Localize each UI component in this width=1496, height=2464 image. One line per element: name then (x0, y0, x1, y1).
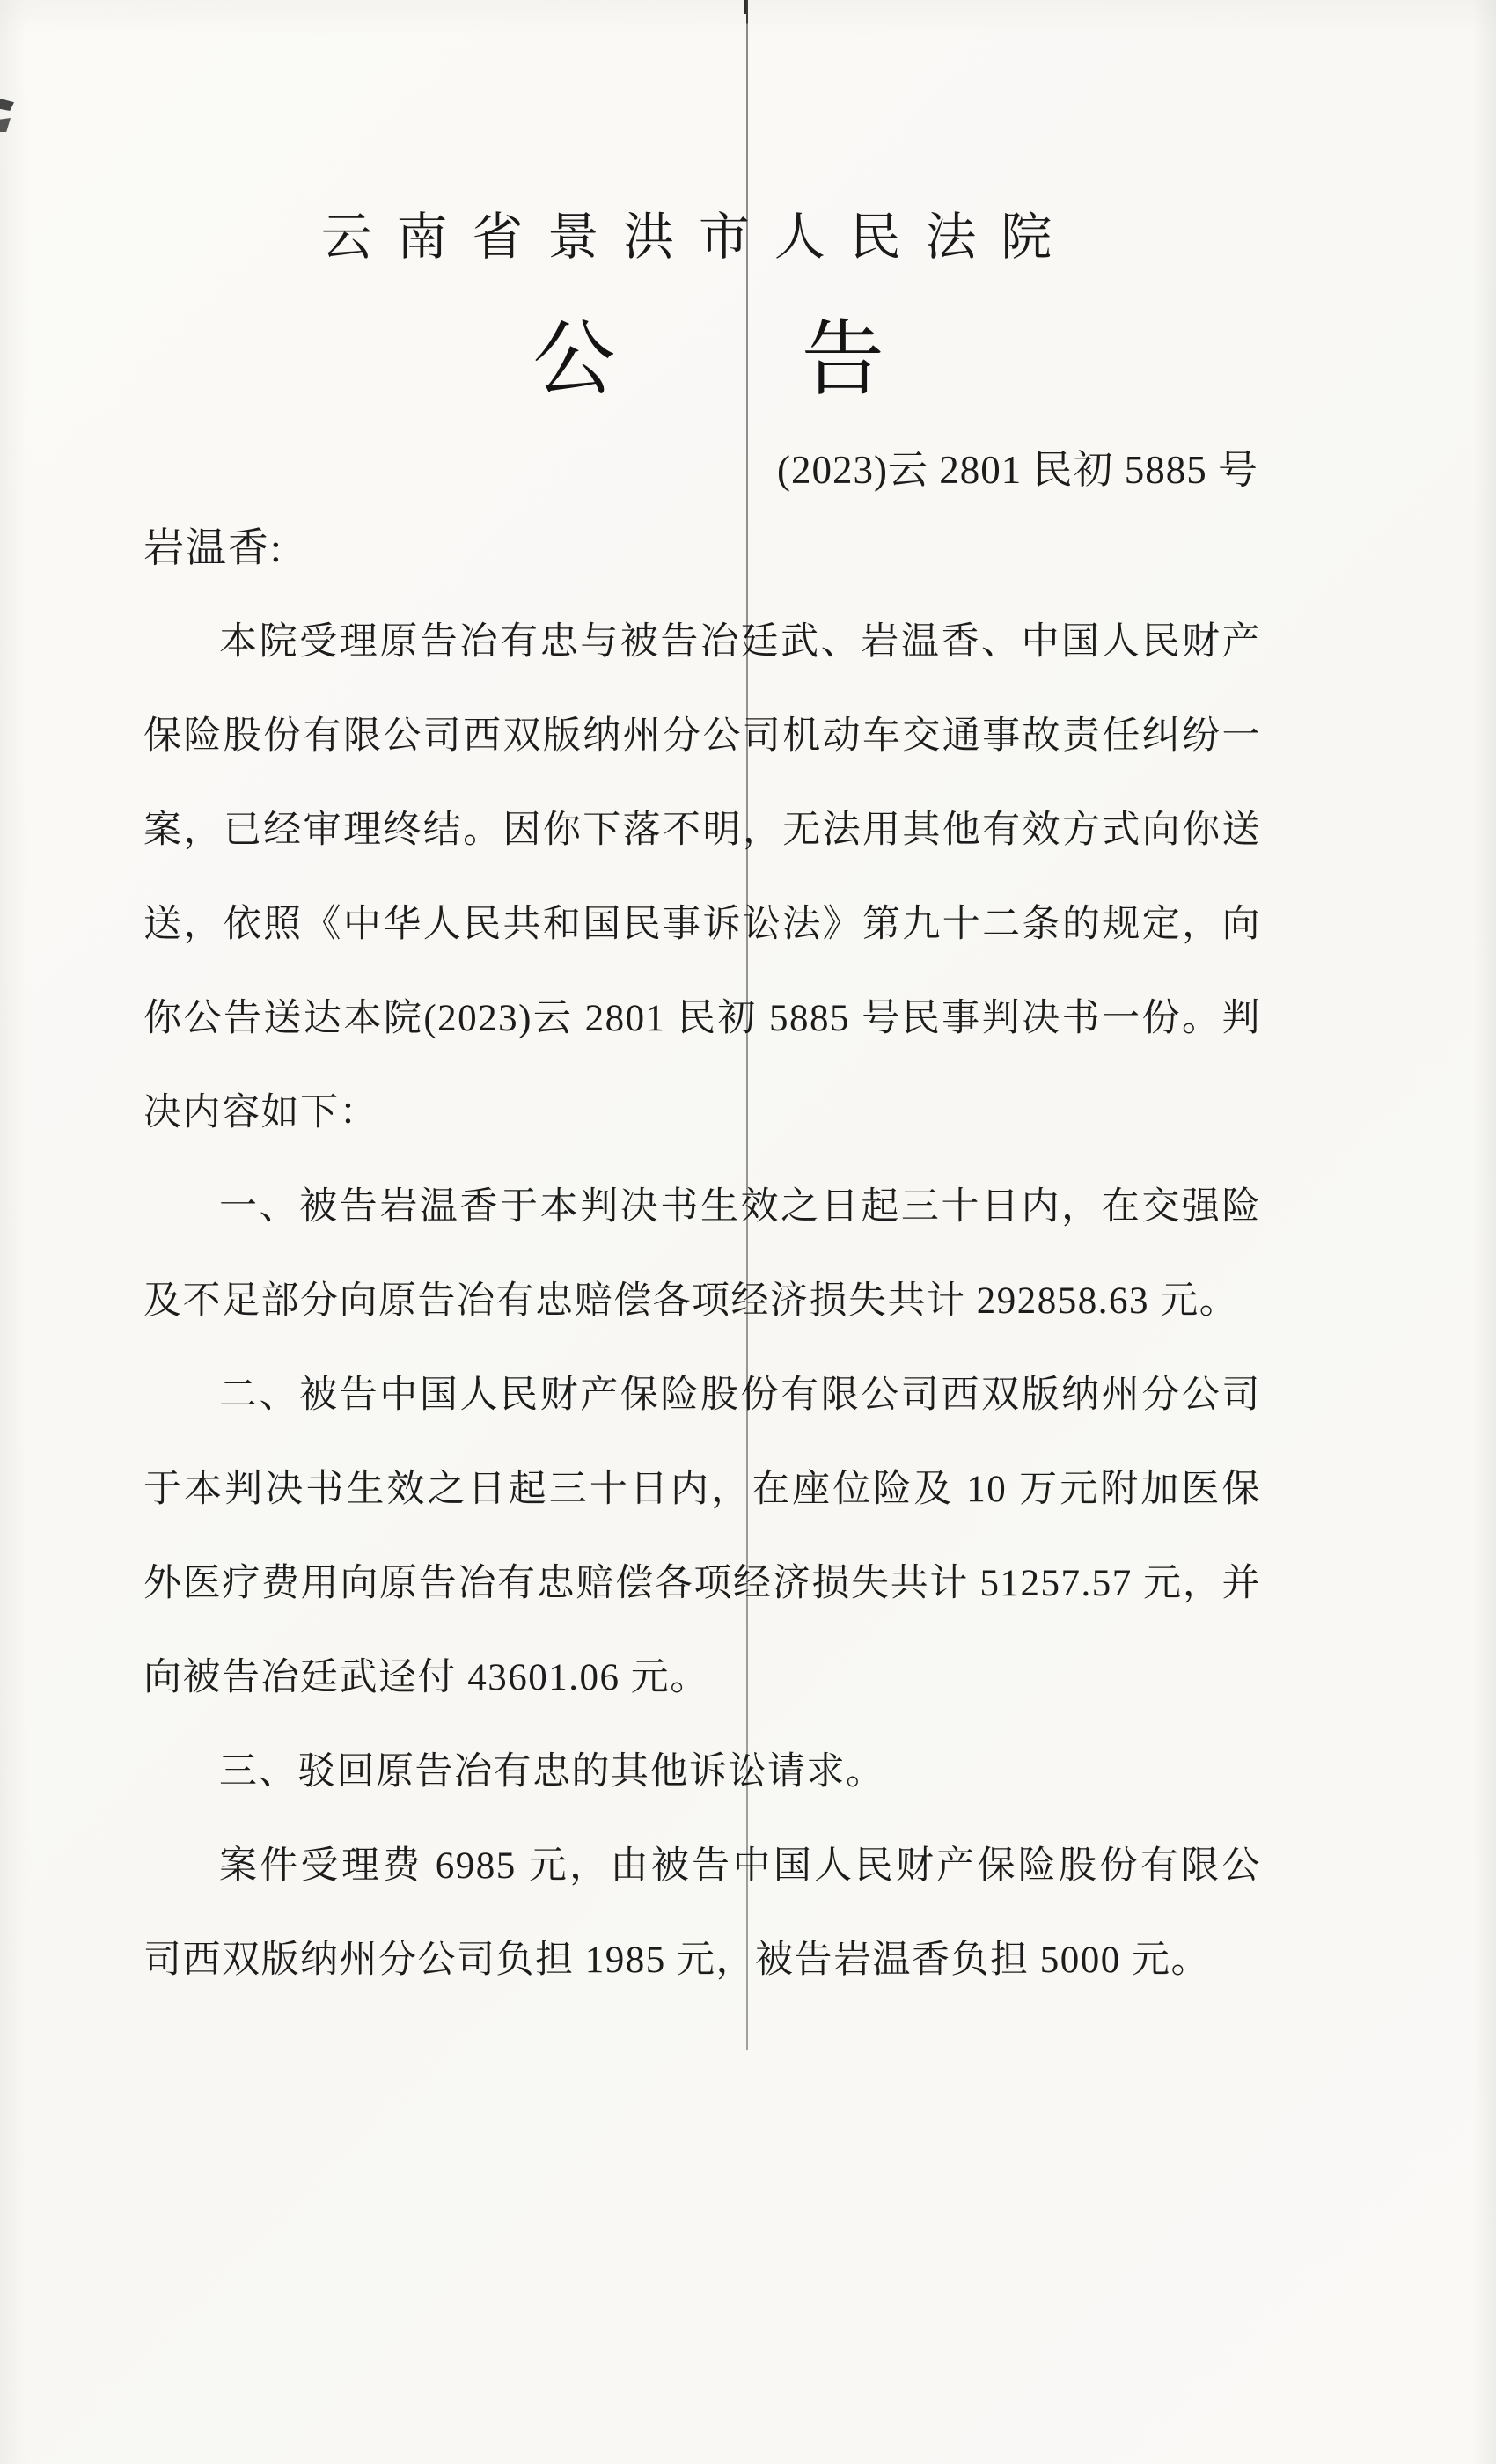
scan-edge-mark (0, 118, 11, 132)
case-number: (2023)云 2801 民初 5885 号 (143, 437, 1258, 495)
document-title: 公告 (0, 292, 1417, 411)
scan-edge-mark (0, 99, 14, 111)
body-paragraph-court-fees: 案件受理费 6985 元，由被告中国人民财产保险股份有限公司西双版纳州分公司负担… (143, 1819, 1261, 2007)
body-paragraph-judgment-item-2: 二、被告中国人民财产保险股份有限公司西双版纳州分公司于本判决书生效之日起三十日内… (143, 1348, 1261, 1725)
court-name-heading: 云南省景洪市人民法院 (0, 195, 1373, 269)
body-paragraph-intro: 本院受理原告冶有忠与被告冶廷武、岩温香、中国人民财产保险股份有限公司西双版纳州分… (143, 595, 1261, 1160)
addressee-line: 岩温香: (143, 516, 283, 574)
body-paragraph-judgment-item-3: 三、驳回原告冶有忠的其他诉讼请求。 (143, 1725, 1261, 1819)
notice-body: 本院受理原告冶有忠与被告冶廷武、岩温香、中国人民财产保险股份有限公司西双版纳州分… (143, 595, 1261, 2007)
body-paragraph-judgment-item-1: 一、被告岩温香于本判决书生效之日起三十日内，在交强险及不足部分向原告冶有忠赔偿各… (143, 1160, 1261, 1348)
scanned-court-notice-page: 云南省景洪市人民法院 公告 (2023)云 2801 民初 5885 号 岩温香… (0, 0, 1496, 2464)
